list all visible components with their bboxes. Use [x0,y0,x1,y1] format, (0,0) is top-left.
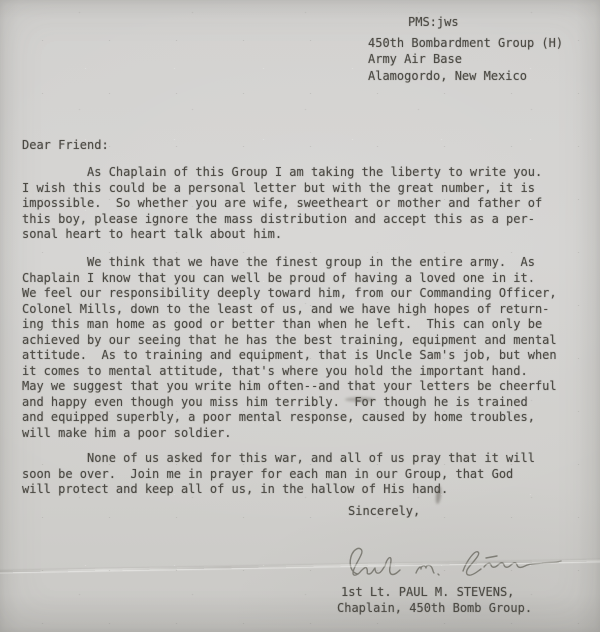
paragraph-1: As Chaplain of this Group I am taking th… [22,165,542,243]
salutation: Dear Friend: [22,138,109,154]
paragraph-2: We think that we have the finest group i… [22,255,557,441]
signature-scrawl-svg [328,545,570,587]
letter-page: PMS:jws 450th Bombardment Group (H) Army… [0,0,600,632]
handwritten-signature [328,545,570,587]
paragraph-3: None of us asked for this war, and all o… [22,451,535,498]
signature-typed-name: 1st Lt. PAUL M. STEVENS, [341,585,514,601]
reference-initials: PMS:jws [408,15,459,31]
closing-sincerely: Sincerely, [348,504,420,520]
signature-typed-title: Chaplain, 450th Bomb Group. [337,601,532,617]
sender-address-block: 450th Bombardment Group (H) Army Air Bas… [368,35,563,84]
